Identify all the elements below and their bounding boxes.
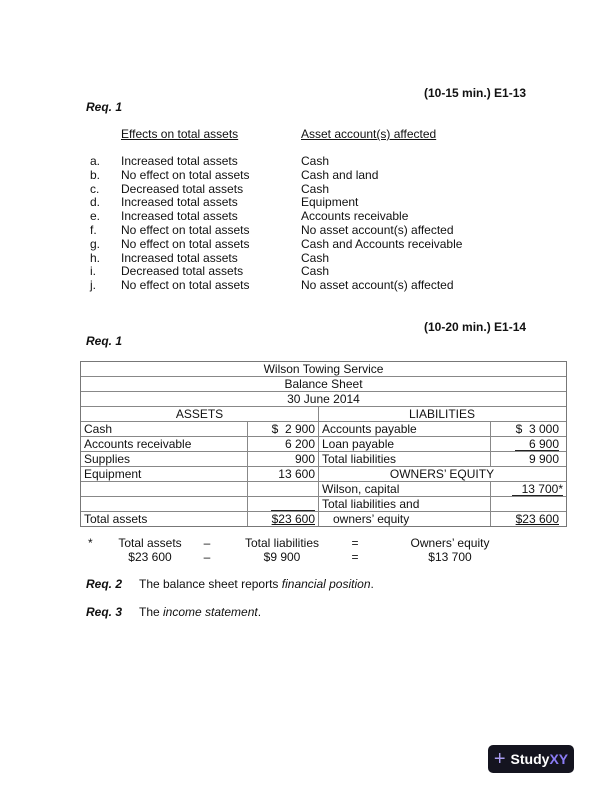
list-item-letter: b. bbox=[90, 168, 100, 182]
req-3-period: . bbox=[258, 605, 261, 619]
list-item-effect: Increased total assets bbox=[121, 195, 238, 209]
list-item-effect: No effect on total assets bbox=[121, 223, 250, 237]
asset-label: Supplies bbox=[81, 452, 248, 466]
req-1-label-e1-14: Req. 1 bbox=[86, 334, 122, 348]
column-header-effects: Effects on total assets bbox=[121, 127, 238, 141]
capital-label: Wilson, capital bbox=[319, 482, 491, 496]
total-assets-value: $23 600 bbox=[272, 512, 315, 526]
table-row: Equipment 13 600 OWNERS’ EQUITY bbox=[81, 467, 566, 482]
exercise-header-e1-13: (10-15 min.) E1-13 bbox=[424, 86, 526, 100]
asset-amount: 13 600 bbox=[248, 467, 319, 481]
liability-amount: $ 3 000 bbox=[491, 422, 565, 436]
req-2-text: The balance sheet reports bbox=[139, 577, 282, 591]
asset-amount: $ 2 900 bbox=[248, 422, 319, 436]
studyxy-logo-text: StudyXY bbox=[511, 751, 569, 767]
statement-date: 30 June 2014 bbox=[81, 392, 566, 407]
statement-title: Balance Sheet bbox=[81, 377, 566, 392]
list-item-letter: h. bbox=[90, 251, 100, 265]
list-item-letter: g. bbox=[90, 237, 100, 251]
asset-label: Accounts receivable bbox=[81, 437, 248, 451]
liability-label: Loan payable bbox=[319, 437, 491, 451]
list-item-letter: i. bbox=[90, 264, 96, 278]
eq-total-assets-value: $23 600 bbox=[108, 550, 192, 564]
list-item-account: Cash bbox=[301, 154, 329, 168]
req-3-label: Req. 3 bbox=[86, 605, 122, 619]
list-item-effect: No effect on total assets bbox=[121, 278, 250, 292]
table-row: Cash $ 2 900 Accounts payable $ 3 000 bbox=[81, 422, 566, 437]
total-le-label-line2: owners’ equity bbox=[319, 512, 491, 526]
list-item-account: Cash bbox=[301, 264, 329, 278]
eq-total-assets: Total assets bbox=[108, 536, 192, 550]
table-row: Wilson, capital 13 700* bbox=[81, 482, 566, 497]
req-2-label: Req. 2 bbox=[86, 577, 122, 591]
asset-label: Equipment bbox=[81, 467, 248, 481]
capital-amount: 13 700* bbox=[491, 482, 565, 496]
liability-amount-value: 6 900 bbox=[515, 438, 559, 451]
req-2-emphasis: financial position bbox=[282, 577, 371, 591]
list-item-account: Cash bbox=[301, 182, 329, 196]
list-item-account: No asset account(s) affected bbox=[301, 223, 454, 237]
capital-amount-value: 13 700* bbox=[512, 483, 563, 496]
list-item-letter: f. bbox=[90, 223, 97, 237]
empty-cell bbox=[491, 497, 565, 511]
empty-cell bbox=[81, 482, 248, 496]
list-item-letter: e. bbox=[90, 209, 100, 223]
list-item-effect: No effect on total assets bbox=[121, 168, 250, 182]
list-item-account: Accounts receivable bbox=[301, 209, 408, 223]
list-item-effect: Increased total assets bbox=[121, 154, 238, 168]
total-assets-amount: $23 600 bbox=[248, 512, 319, 526]
list-item-effect: Increased total assets bbox=[121, 209, 238, 223]
eq-minus: – bbox=[200, 550, 214, 564]
req-3-answer: The income statement. bbox=[139, 605, 261, 619]
list-item-effect: No effect on total assets bbox=[121, 237, 250, 251]
eq-owners-equity: Owners’ equity bbox=[398, 536, 502, 550]
req-3-emphasis: income statement bbox=[163, 605, 258, 619]
liabilities-heading: LIABILITIES bbox=[319, 407, 565, 421]
empty-cell bbox=[248, 482, 319, 496]
eq-equals: = bbox=[348, 550, 362, 564]
list-item-account: No asset account(s) affected bbox=[301, 278, 454, 292]
list-item-account: Cash bbox=[301, 251, 329, 265]
table-row: Total assets $23 600 owners’ equity $23 … bbox=[81, 512, 566, 526]
total-le-value: $23 600 bbox=[506, 512, 559, 526]
req-2-answer: The balance sheet reports financial posi… bbox=[139, 577, 374, 591]
eq-total-liabilities: Total liabilities bbox=[236, 536, 328, 550]
list-item-account: Cash and land bbox=[301, 168, 378, 182]
subtotal-rule bbox=[271, 510, 315, 511]
list-item-effect: Decreased total assets bbox=[121, 264, 243, 278]
asset-label: Cash bbox=[81, 422, 248, 436]
empty-cell bbox=[248, 497, 319, 511]
list-item-effect: Increased total assets bbox=[121, 251, 238, 265]
total-le-amount: $23 600 bbox=[491, 512, 565, 526]
table-row: Supplies 900 Total liabilities 9 900 bbox=[81, 452, 566, 467]
req-2-period: . bbox=[371, 577, 374, 591]
equity-heading: OWNERS’ EQUITY bbox=[319, 467, 565, 481]
req-3-text: The bbox=[139, 605, 163, 619]
eq-owners-equity-value: $13 700 bbox=[398, 550, 502, 564]
total-le-label-line1: Total liabilities and bbox=[319, 497, 491, 511]
total-assets-label: Total assets bbox=[81, 512, 248, 526]
empty-cell bbox=[81, 497, 248, 511]
section-headings-row: ASSETS LIABILITIES bbox=[81, 407, 566, 422]
list-item-account: Equipment bbox=[301, 195, 358, 209]
liability-amount: 6 900 bbox=[491, 437, 565, 451]
eq-equals: = bbox=[348, 536, 362, 550]
logo-accent: XY bbox=[549, 751, 568, 767]
list-item-letter: d. bbox=[90, 195, 100, 209]
list-item-letter: c. bbox=[90, 182, 99, 196]
asset-amount: 6 200 bbox=[248, 437, 319, 451]
list-item-account: Cash and Accounts receivable bbox=[301, 237, 462, 251]
balance-sheet-table: Wilson Towing Service Balance Sheet 30 J… bbox=[80, 361, 567, 527]
column-header-accounts: Asset account(s) affected bbox=[301, 127, 436, 141]
req-1-label: Req. 1 bbox=[86, 100, 122, 114]
plus-icon: + bbox=[494, 749, 506, 769]
list-item-letter: a. bbox=[90, 154, 100, 168]
eq-minus: – bbox=[200, 536, 214, 550]
liability-label: Accounts payable bbox=[319, 422, 491, 436]
studyxy-logo-badge[interactable]: + StudyXY bbox=[488, 745, 574, 773]
asset-amount: 900 bbox=[248, 452, 319, 466]
exercise-header-e1-14: (10-20 min.) E1-14 bbox=[424, 320, 526, 334]
company-name: Wilson Towing Service bbox=[81, 362, 566, 377]
footnote-star: * bbox=[88, 536, 93, 550]
eq-total-liabilities-value: $9 900 bbox=[236, 550, 328, 564]
table-row: Accounts receivable 6 200 Loan payable 6… bbox=[81, 437, 566, 452]
liability-label: Total liabilities bbox=[319, 452, 491, 466]
list-item-letter: j. bbox=[90, 278, 96, 292]
assets-heading: ASSETS bbox=[81, 407, 319, 421]
table-row: Total liabilities and bbox=[81, 497, 566, 512]
liability-amount: 9 900 bbox=[491, 452, 565, 466]
logo-prefix: Study bbox=[511, 751, 550, 767]
list-item-effect: Decreased total assets bbox=[121, 182, 243, 196]
